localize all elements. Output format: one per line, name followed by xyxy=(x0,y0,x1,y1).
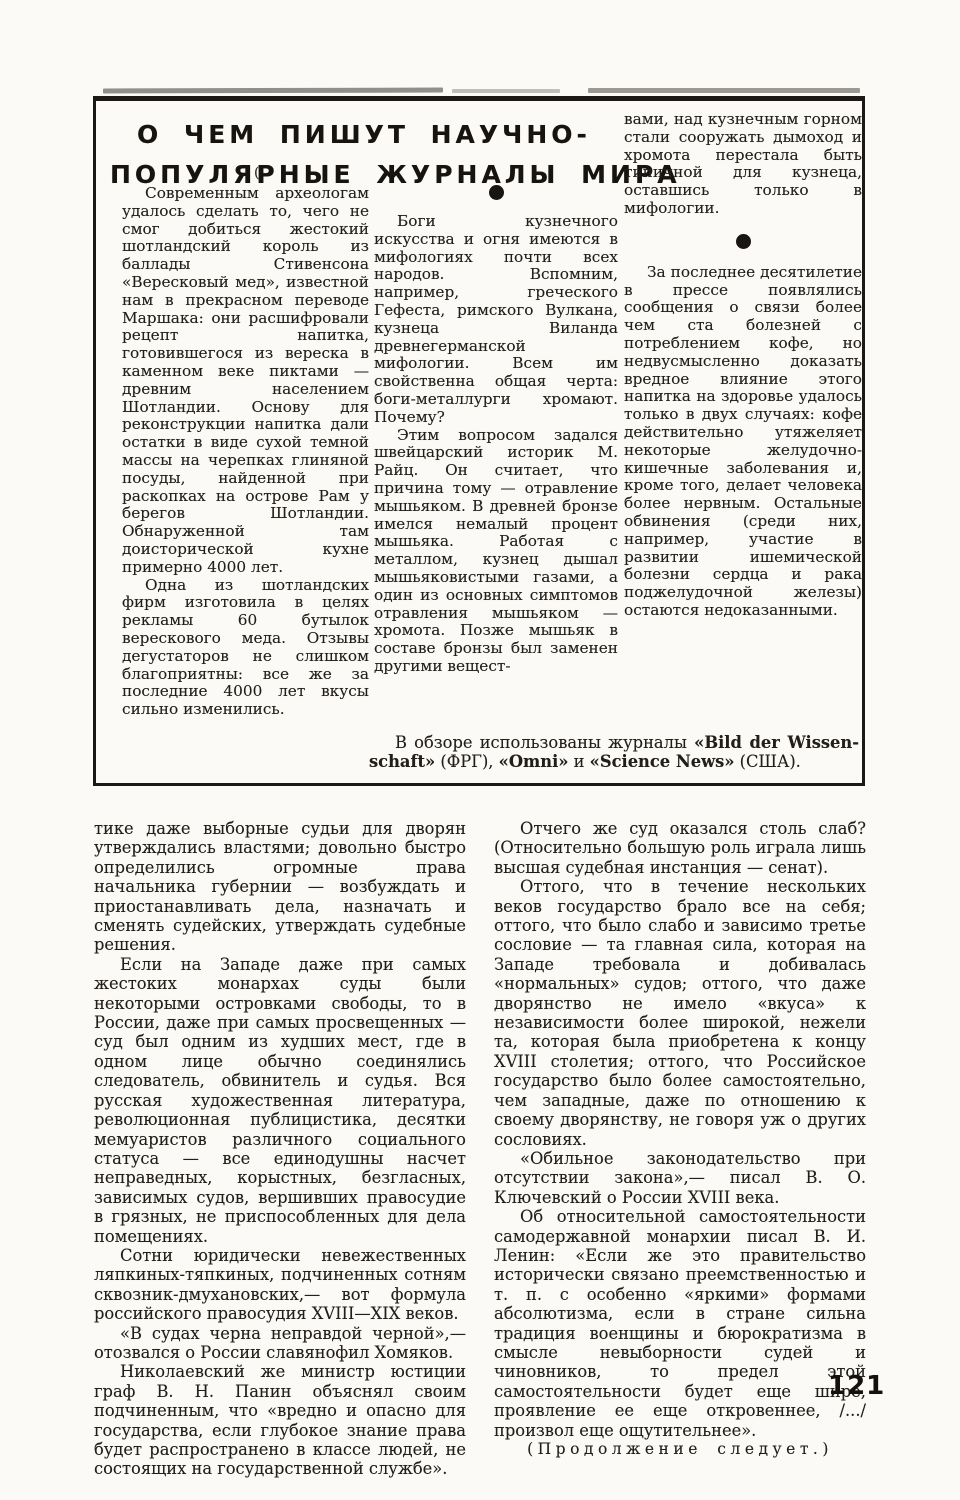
box-column-2: Боги кузнечного искусства и огня имеются… xyxy=(374,185,618,676)
journal-name: «Science News» xyxy=(590,752,735,771)
paragraph: Николаевский же министр юстиции граф В. … xyxy=(94,1362,466,1478)
paragraph: Этим вопросом задался швейцарский истори… xyxy=(374,427,618,676)
sources-note: В обзоре использованы журналы «Bild der … xyxy=(369,734,859,772)
paragraph: Одна из шотландских фирм изготовила в це… xyxy=(122,577,369,719)
bullet-icon xyxy=(736,234,751,249)
paragraph: «Обильное законодательство при отсутстви… xyxy=(494,1149,866,1207)
box-column-3: вами, над кузнечным горном стали сооружа… xyxy=(624,111,862,620)
paragraph: Отчего же суд оказался столь слаб? (Отно… xyxy=(494,819,866,877)
article-left-column: тике даже выборные судьи для дворян утве… xyxy=(94,819,466,1479)
sources-note-text: и xyxy=(568,752,589,771)
magazine-page: О ЧЕМ ПИШУТ НАУЧНО- ПОПУЛЯРНЫЕ ЖУРНАЛЫ М… xyxy=(0,0,960,1500)
paragraph: тике даже выборные судьи для дворян утве… xyxy=(94,819,466,955)
paragraph: Оттого, что в течение нескольких веков г… xyxy=(494,877,866,1149)
paragraph: Об относительной самостоятельности самод… xyxy=(494,1207,866,1440)
continuation-note: (Продолжение следует.) xyxy=(494,1440,866,1459)
paragraph: Современным археологам удалось сделать т… xyxy=(122,185,369,577)
paragraph: За последнее десятилетие в прессе появля… xyxy=(624,264,862,620)
scan-artifact xyxy=(103,88,443,94)
paragraph: Если на Западе даже при самых жестоких м… xyxy=(94,955,466,1246)
journal-name: «Omni» xyxy=(499,752,569,771)
paragraph: Боги кузнечного искусства и огня имеются… xyxy=(374,213,618,427)
scan-artifact xyxy=(588,88,860,93)
section-title: О ЧЕМ ПИШУТ НАУЧНО- ПОПУЛЯРНЫЕ ЖУРНАЛЫ М… xyxy=(110,115,618,195)
sources-note-text: В обзоре использованы журналы xyxy=(395,733,694,752)
review-box: О ЧЕМ ПИШУТ НАУЧНО- ПОПУЛЯРНЫЕ ЖУРНАЛЫ М… xyxy=(93,96,865,786)
sources-note-text: (США). xyxy=(734,752,800,771)
scan-artifact xyxy=(452,89,560,93)
bullet-icon xyxy=(489,185,504,200)
section-title-line1: О ЧЕМ ПИШУТ НАУЧНО- xyxy=(110,115,618,155)
paragraph: вами, над кузнечным горном стали сооружа… xyxy=(624,111,862,218)
box-column-1: Современным археологам удалось сделать т… xyxy=(122,185,369,719)
print-artifact: ( xyxy=(254,165,259,181)
page-number: 121 xyxy=(828,1371,885,1401)
paragraph: Сотни юридически невежественных ляпкиных… xyxy=(94,1246,466,1324)
paragraph: «В судах черна неправдой черной»,— отозв… xyxy=(94,1324,466,1363)
sources-note-text: (ФРГ), xyxy=(435,752,498,771)
article-right-column: Отчего же суд оказался столь слаб? (Отно… xyxy=(494,819,866,1459)
